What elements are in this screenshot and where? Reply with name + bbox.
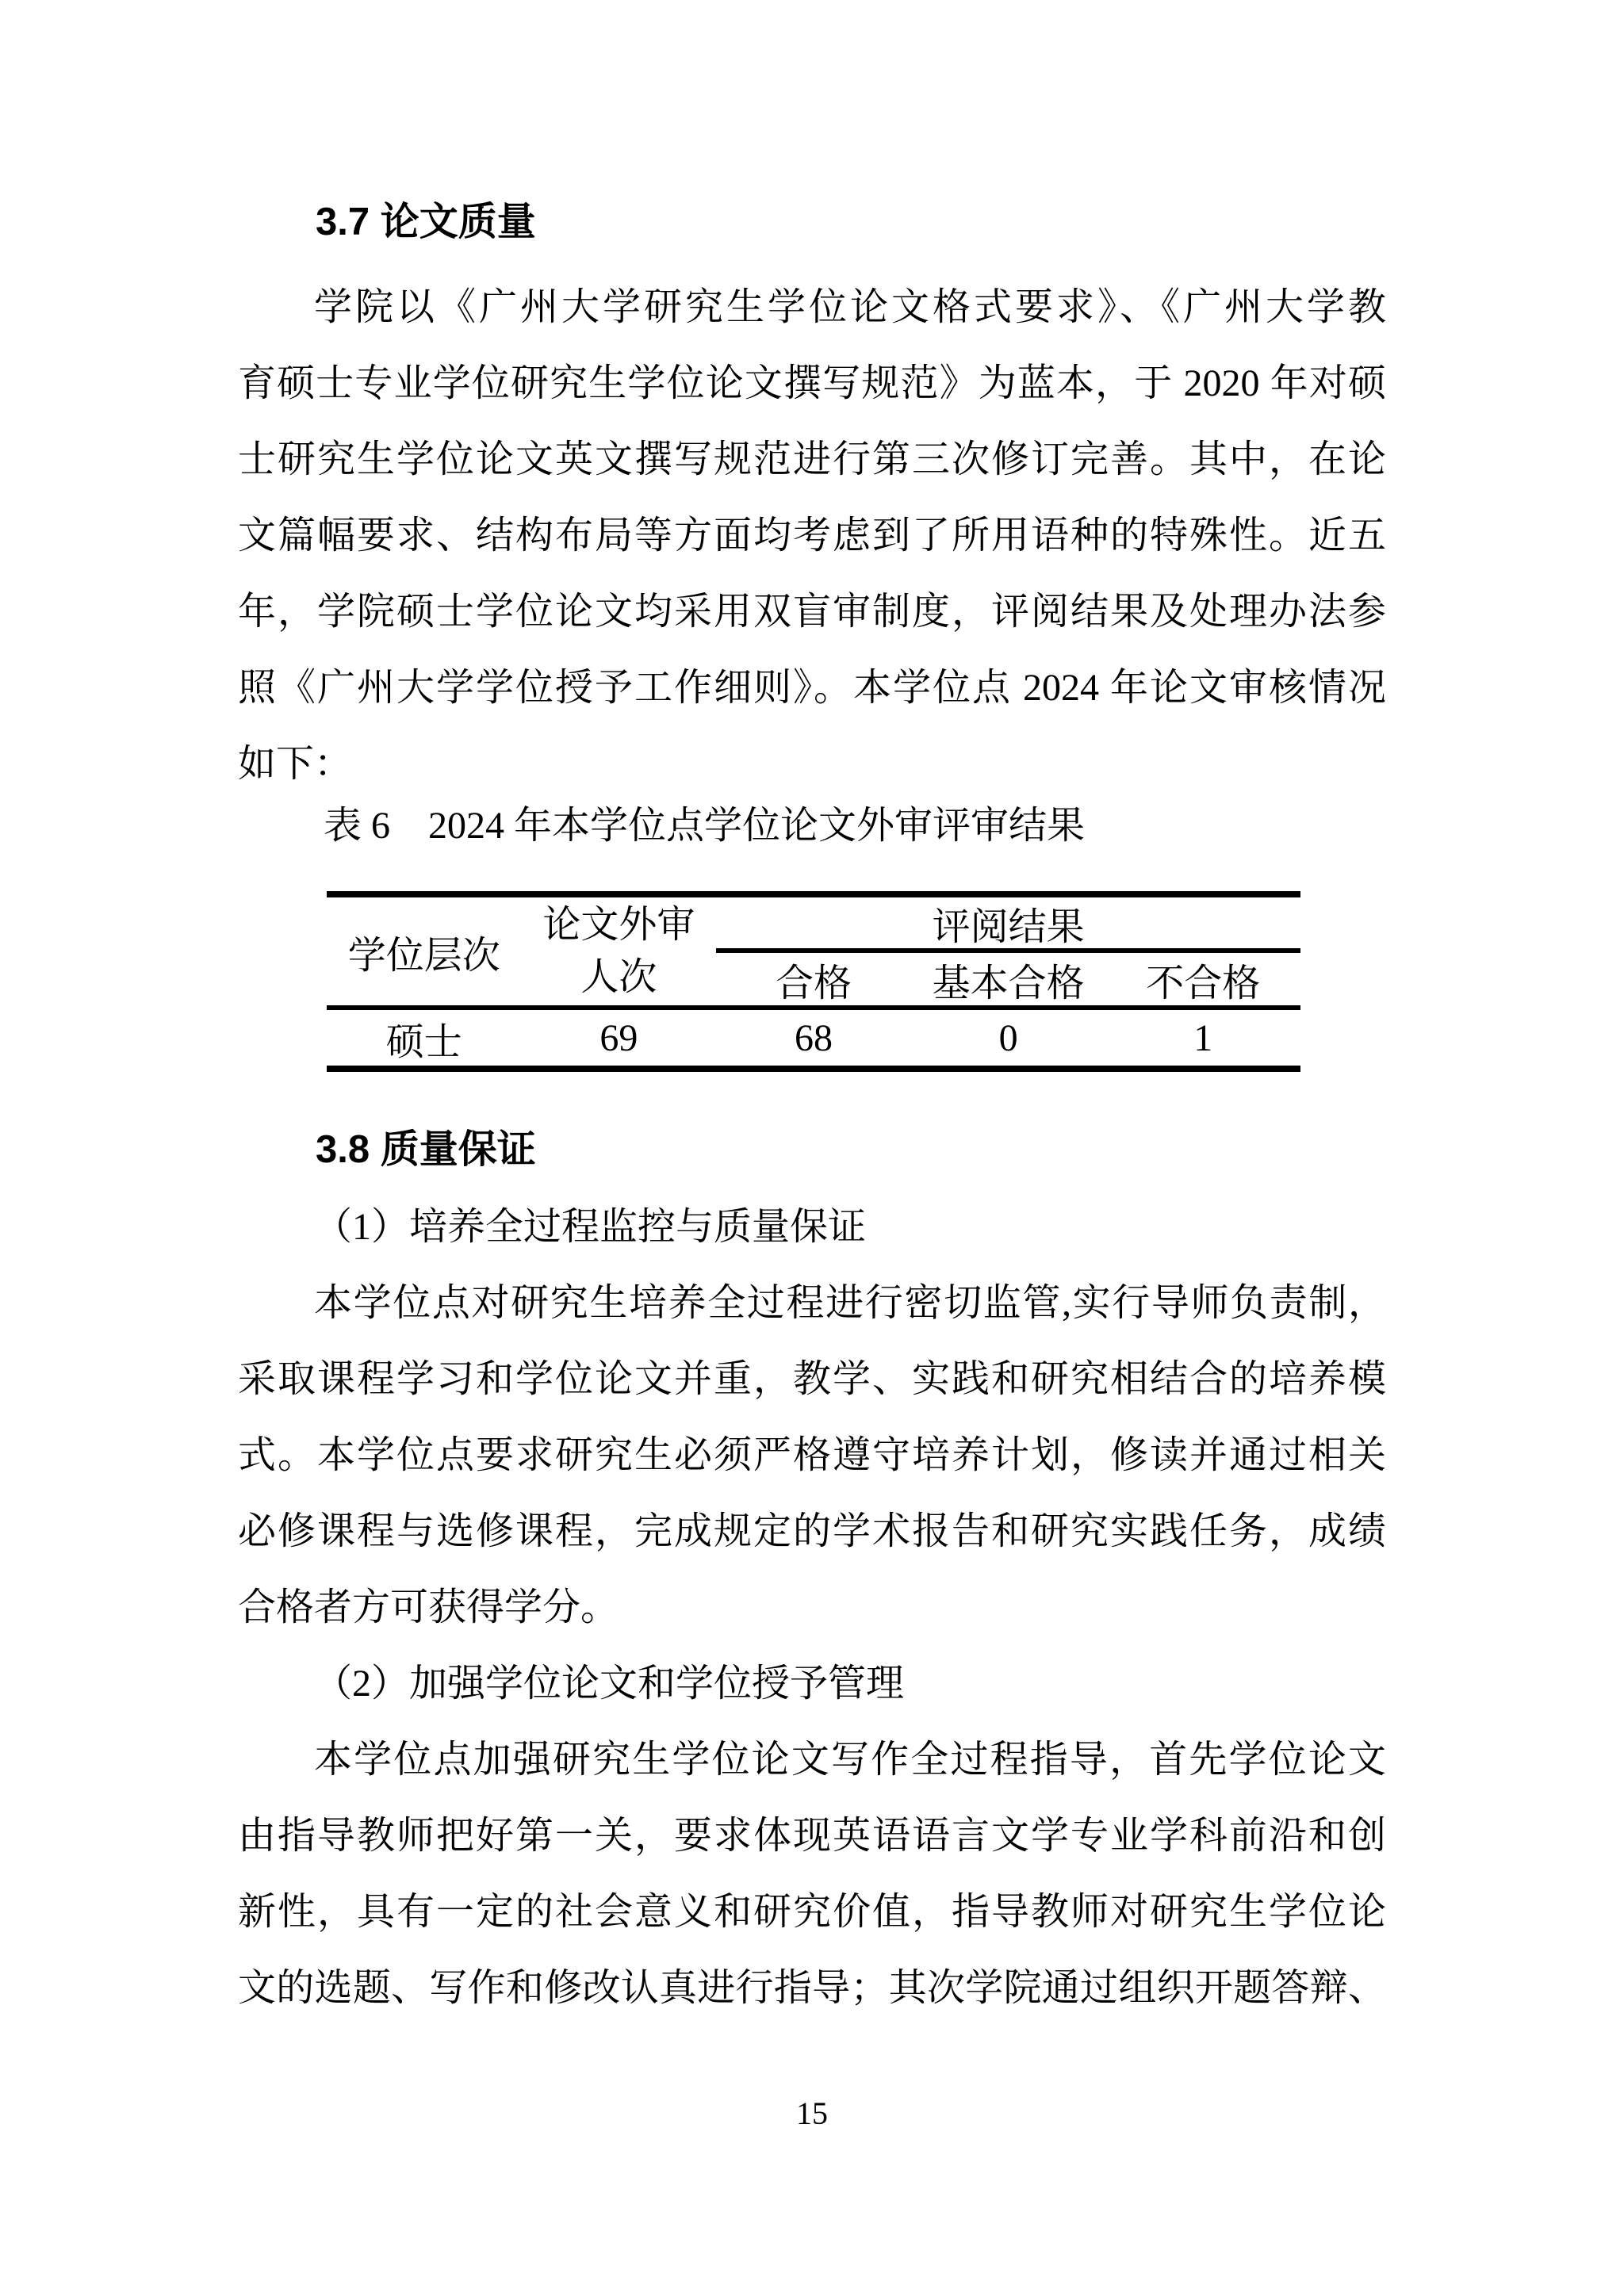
table-cell-external-review-count: 69 <box>522 1010 717 1066</box>
paragraph-line: 文篇幅要求、结构布局等方面均考虑到了所用语种的特殊性。近五 <box>238 514 1386 557</box>
paragraph-line: 文的选题、写作和修改认真进行指导；其次学院通过组织开题答辩、 <box>238 1966 1386 2010</box>
table-cell-fail: 1 <box>1105 1010 1300 1066</box>
list-item-2: （2）加强学位论文和学位授予管理 <box>238 1662 1386 1705</box>
paragraph-line: 士研究生学位论文英文撰写规范进行第三次修订完善。其中，在论 <box>238 438 1386 481</box>
table-header-degree-level: 学位层次 <box>327 897 522 1010</box>
table-header-external-review-line2: 人次 <box>580 951 657 1004</box>
table-header-external-review-count: 论文外审 人次 <box>522 897 717 1010</box>
table-caption: 表 6 2024 年本学位点学位论文外审评审结果 <box>238 804 1386 848</box>
paragraph-line: 式。本学位点要求研究生必须严格遵守培养计划，修读并通过相关 <box>238 1433 1386 1477</box>
paragraph-line: 照《广州大学学位授予工作细则》。本学位点 2024 年论文审核情况 <box>238 666 1386 710</box>
table-header-pass: 合格 <box>716 953 911 1010</box>
table-header-basic-pass: 基本合格 <box>911 953 1106 1010</box>
table-cell-basic-pass: 0 <box>911 1010 1106 1066</box>
paragraph-line: 必修课程与选修课程，完成规定的学术报告和研究实践任务，成绩 <box>238 1510 1386 1553</box>
table-header-fail: 不合格 <box>1105 953 1300 1010</box>
table-header-external-review-line1: 论文外审 <box>542 899 695 951</box>
paragraph-line: 采取课程学习和学位论文并重，教学、实践和研究相结合的培养模 <box>238 1357 1386 1401</box>
section-3-7-heading: 3.7 论文质量 <box>238 200 1386 244</box>
page-number: 15 <box>0 2095 1624 2132</box>
list-item-1: （1）培养全过程监控与质量保证 <box>238 1205 1386 1249</box>
section-3-8-heading: 3.8 质量保证 <box>238 1127 1386 1172</box>
paragraph-line: 新性，具有一定的社会意义和研究价值，指导教师对研究生学位论 <box>238 1890 1386 1934</box>
paragraph-line: 合格者方可获得学分。 <box>238 1586 1386 1629</box>
paragraph-line: 学院以《广州大学研究生学位论文格式要求》、《广州大学教 <box>238 285 1386 329</box>
paragraph-line: 本学位点加强研究生学位论文写作全过程指导，首先学位论文 <box>238 1738 1386 1781</box>
paragraph-line: 如下： <box>238 742 1386 786</box>
paragraph-line: 本学位点对研究生培养全过程进行密切监管,实行导师负责制， <box>238 1281 1386 1325</box>
paragraph-line: 育硕士专业学位研究生学位论文撰写规范》为蓝本，于 2020 年对硕 <box>238 362 1386 405</box>
document-page: 3.7 论文质量 学院以《广州大学研究生学位论文格式要求》、《广州大学教 育硕士… <box>0 0 1624 2296</box>
table-header-review-result: 评阅结果 <box>716 897 1300 953</box>
table-cell-degree-level: 硕士 <box>327 1010 522 1066</box>
table-cell-pass: 68 <box>716 1010 911 1066</box>
paragraph-line: 年，学院硕士学位论文均采用双盲审制度，评阅结果及处理办法参 <box>238 590 1386 633</box>
review-results-table: 学位层次 论文外审 人次 评阅结果 合格 基本合格 不合格 硕士 69 68 0… <box>327 891 1300 1072</box>
paragraph-line: 由指导教师把好第一关，要求体现英语语言文学专业学科前沿和创 <box>238 1814 1386 1858</box>
